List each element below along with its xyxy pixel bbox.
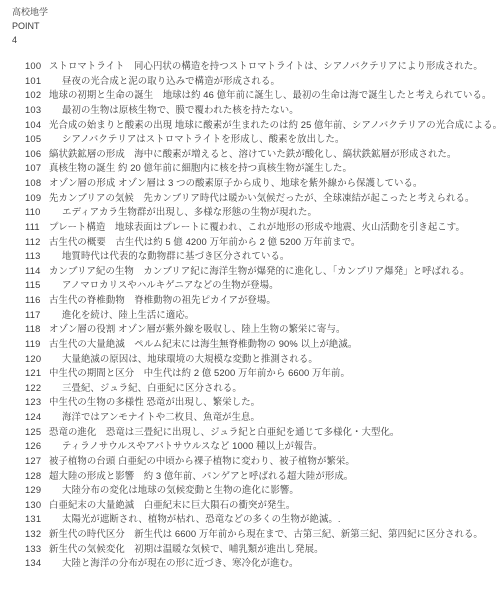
line-number: 121 — [25, 366, 49, 381]
line-number: 120 — [25, 352, 49, 367]
line-row: 119 古生代の大量絶滅 ペルム紀末には海生無脊椎動物の 90% 以上が絶滅。 — [0, 337, 503, 352]
line-number: 117 — [25, 308, 49, 323]
line-row: 128 超大陸の形成と影響 約 3 億年前、パンゲアと呼ばれる超大陸が形成。 — [0, 469, 503, 484]
line-text: 先カンブリアの気候 先カンブリア時代は暖かい気候だったが、全球凍結が起こったと考… — [49, 191, 474, 206]
line-row: 110 エディアカラ生物群が出現し、多様な形態の生物が現れた。 — [0, 205, 503, 220]
line-row: 106 縞状鉄鉱層の形成 海中に酸素が増えると、溶けていた鉄が酸化し、縞状鉄鉱層… — [0, 147, 503, 162]
document-title: 高校地学 — [12, 5, 48, 19]
document-header: 高校地学 POINT 4 — [12, 5, 48, 47]
line-text: 古生代の概要 古生代は約 5 億 4200 万年前から 2 億 5200 万年前… — [49, 235, 360, 250]
line-text: 白亜紀末の大量絶滅 白亜紀末に巨大隕石の衝突が発生。 — [49, 498, 295, 513]
line-row: 131 太陽光が遮断され、植物が枯れ、恐竜などの多くの生物が絶滅。. — [0, 512, 503, 527]
line-number: 128 — [25, 469, 49, 484]
line-text: 光合成の始まりと酸素の出現 地球に酸素が生まれたのは約 25 億年前、シアノバク… — [49, 118, 502, 133]
line-text: シアノバクテリアはストロマトライトを形成し、酸素を放出した。 — [49, 132, 344, 147]
line-row: 124 海洋ではアンモナイトや二枚貝、魚竜が生息。 — [0, 410, 503, 425]
line-row: 129 大陸分布の変化は地球の気候変動と生物の進化に影響。 — [0, 483, 503, 498]
line-row: 116 古生代の脊椎動物 脊椎動物の祖先ピカイアが登場。 — [0, 293, 503, 308]
line-number: 133 — [25, 542, 49, 557]
line-number: 118 — [25, 322, 49, 337]
line-row: 102 地球の初期と生命の誕生 地球は約 46 億年前に誕生し、最初の生命は海で… — [0, 88, 503, 103]
line-number: 111 — [25, 220, 49, 235]
line-number: 110 — [25, 205, 49, 220]
line-number: 114 — [25, 264, 49, 279]
line-number: 100 — [25, 59, 49, 74]
page-number: 4 — [12, 33, 48, 47]
line-text: 昼夜の光合成と泥の取り込みで構造が形成される。 — [49, 74, 280, 89]
line-number: 104 — [25, 118, 49, 133]
line-row: 134 大陸と海洋の分布が現在の形に近づき、寒冷化が進む。 — [0, 556, 503, 571]
document-point-label: POINT — [12, 19, 48, 33]
line-row: 101 昼夜の光合成と泥の取り込みで構造が形成される。 — [0, 74, 503, 89]
line-row: 114 カンブリア紀の生物 カンブリア紀に海洋生物が爆発的に進化し、「カンブリア… — [0, 264, 503, 279]
line-text: 恐竜の進化 恐竜は三畳紀に出現し、ジュラ紀と白亜紀を通じて多様化・大型化。 — [49, 425, 399, 440]
line-text: オゾン層の役割 オゾン層が紫外線を吸収し、陸上生物の繁栄に寄与。 — [49, 322, 345, 337]
line-number: 109 — [25, 191, 49, 206]
line-number: 103 — [25, 103, 49, 118]
line-number: 132 — [25, 527, 49, 542]
line-number: 134 — [25, 556, 49, 571]
line-list: 100 ストロマトライト 同心円状の構造を持つストロマトライトは、シアノバクテリ… — [0, 59, 503, 571]
document-page: 高校地学 POINT 4 100 ストロマトライト 同心円状の構造を持つストロマ… — [0, 0, 503, 600]
line-text: 古生代の大量絶滅 ペルム紀末には海生無脊椎動物の 90% 以上が絶滅。 — [49, 337, 357, 352]
line-row: 108 オゾン層の形成 オゾン層は 3 つの酸素原子から成り、地球を紫外線から保… — [0, 176, 503, 191]
line-number: 112 — [25, 235, 49, 250]
line-text: 古生代の脊椎動物 脊椎動物の祖先ピカイアが登場。 — [49, 293, 276, 308]
line-text: オゾン層の形成 オゾン層は 3 つの酸素原子から成り、地球を紫外線から保護してい… — [49, 176, 422, 191]
line-text: 最初の生物は原核生物で、膜で覆われた核を持たない。 — [49, 103, 299, 118]
line-number: 123 — [25, 395, 49, 410]
line-number: 122 — [25, 381, 49, 396]
line-text: アノマロカリスやハルキゲニアなどの生物が登場。 — [49, 278, 279, 293]
line-text: 進化を続け、陸上生活に適応。 — [49, 308, 194, 323]
line-text: ストロマトライト 同心円状の構造を持つストロマトライトは、シアノバクテリアにより… — [49, 59, 483, 74]
line-number: 131 — [25, 512, 49, 527]
line-text: プレート構造 地球表面はプレートに覆われ、これが地形の形成や地震、火山活動を引き… — [49, 220, 465, 235]
line-row: 127 被子植物の台頭 白亜紀の中頃から裸子植物に変わり、被子植物が繁栄。 — [0, 454, 503, 469]
line-text: 中生代の期間と区分 中生代は約 2 億 5200 万年前から 6600 万年前。 — [49, 366, 350, 381]
line-row: 133 新生代の気候変化 初期は温暖な気候で、哺乳類が進出し発展。 — [0, 542, 503, 557]
line-text: 地質時代は代表的な動物群に基づき区分されている。 — [49, 249, 289, 264]
line-row: 117 進化を続け、陸上生活に適応。 — [0, 308, 503, 323]
line-row: 120 大量絶滅の原因は、地球環境の大規模な変動と推測される。 — [0, 352, 503, 367]
line-number: 107 — [25, 161, 49, 176]
line-text: 三畳紀、ジュラ紀、白亜紀に区分される。 — [49, 381, 242, 396]
line-text: 縞状鉄鉱層の形成 海中に酸素が増えると、溶けていた鉄が酸化し、縞状鉄鉱層が形成さ… — [49, 147, 456, 162]
line-number: 129 — [25, 483, 49, 498]
line-text: 地球の初期と生命の誕生 地球は約 46 億年前に誕生し、最初の生命は海で誕生した… — [49, 88, 491, 103]
line-row: 125 恐竜の進化 恐竜は三畳紀に出現し、ジュラ紀と白亜紀を通じて多様化・大型化… — [0, 425, 503, 440]
line-row: 126 ティラノサウルスやアパトサウルスなど 1000 種以上が報告。 — [0, 439, 503, 454]
line-text: カンブリア紀の生物 カンブリア紀に海洋生物が爆発的に進化し、「カンブリア爆発」と… — [49, 264, 470, 279]
line-text: 真核生物の誕生 約 20 億年前に細胞内に核を持つ真核生物が誕生した。 — [49, 161, 352, 176]
line-number: 102 — [25, 88, 49, 103]
line-row: 130 白亜紀末の大量絶滅 白亜紀末に巨大隕石の衝突が発生。 — [0, 498, 503, 513]
line-row: 113 地質時代は代表的な動物群に基づき区分されている。 — [0, 249, 503, 264]
line-number: 124 — [25, 410, 49, 425]
line-text: 超大陸の形成と影響 約 3 億年前、パンゲアと呼ばれる超大陸が形成。 — [49, 469, 353, 484]
line-text: 新生代の気候変化 初期は温暖な気候で、哺乳類が進出し発展。 — [49, 542, 324, 557]
line-row: 115 アノマロカリスやハルキゲニアなどの生物が登場。 — [0, 278, 503, 293]
line-row: 121 中生代の期間と区分 中生代は約 2 億 5200 万年前から 6600 … — [0, 366, 503, 381]
line-number: 125 — [25, 425, 49, 440]
line-number: 127 — [25, 454, 49, 469]
line-row: 112 古生代の概要 古生代は約 5 億 4200 万年前から 2 億 5200… — [0, 235, 503, 250]
line-text: 太陽光が遮断され、植物が枯れ、恐竜などの多くの生物が絶滅。. — [49, 512, 341, 527]
line-text: 新生代の時代区分 新生代は 6600 万年前から現在まで、古第三紀、新第三紀、第… — [49, 527, 483, 542]
line-number: 106 — [25, 147, 49, 162]
line-text: 中生代の生物の多様性 恐竜が出現し、繁栄した。 — [49, 395, 260, 410]
line-number: 105 — [25, 132, 49, 147]
line-row: 109 先カンブリアの気候 先カンブリア時代は暖かい気候だったが、全球凍結が起こ… — [0, 191, 503, 206]
line-text: 大量絶滅の原因は、地球環境の大規模な変動と推測される。 — [49, 352, 318, 367]
line-row: 104 光合成の始まりと酸素の出現 地球に酸素が生まれたのは約 25 億年前、シ… — [0, 118, 503, 133]
line-number: 116 — [25, 293, 49, 308]
line-number: 119 — [25, 337, 49, 352]
line-text: 被子植物の台頭 白亜紀の中頃から裸子植物に変わり、被子植物が繁栄。 — [49, 454, 355, 469]
line-text: エディアカラ生物群が出現し、多様な形態の生物が現れた。 — [49, 205, 317, 220]
line-text: 海洋ではアンモナイトや二枚貝、魚竜が生息。 — [49, 410, 260, 425]
line-text: ティラノサウルスやアパトサウルスなど 1000 種以上が報告。 — [49, 439, 322, 454]
line-number: 108 — [25, 176, 49, 191]
line-row: 105 シアノバクテリアはストロマトライトを形成し、酸素を放出した。 — [0, 132, 503, 147]
line-row: 103 最初の生物は原核生物で、膜で覆われた核を持たない。 — [0, 103, 503, 118]
line-row: 122 三畳紀、ジュラ紀、白亜紀に区分される。 — [0, 381, 503, 396]
line-text: 大陸分布の変化は地球の気候変動と生物の進化に影響。 — [49, 483, 299, 498]
line-row: 123 中生代の生物の多様性 恐竜が出現し、繁栄した。 — [0, 395, 503, 410]
line-row: 107 真核生物の誕生 約 20 億年前に細胞内に核を持つ真核生物が誕生した。 — [0, 161, 503, 176]
line-row: 132 新生代の時代区分 新生代は 6600 万年前から現在まで、古第三紀、新第… — [0, 527, 503, 542]
line-number: 101 — [25, 74, 49, 89]
line-number: 115 — [25, 278, 49, 293]
line-number: 113 — [25, 249, 49, 264]
line-text: 大陸と海洋の分布が現在の形に近づき、寒冷化が進む。 — [49, 556, 299, 571]
line-row: 111 プレート構造 地球表面はプレートに覆われ、これが地形の形成や地震、火山活… — [0, 220, 503, 235]
line-row: 118 オゾン層の役割 オゾン層が紫外線を吸収し、陸上生物の繁栄に寄与。 — [0, 322, 503, 337]
line-row: 100 ストロマトライト 同心円状の構造を持つストロマトライトは、シアノバクテリ… — [0, 59, 503, 74]
line-number: 130 — [25, 498, 49, 513]
line-number: 126 — [25, 439, 49, 454]
